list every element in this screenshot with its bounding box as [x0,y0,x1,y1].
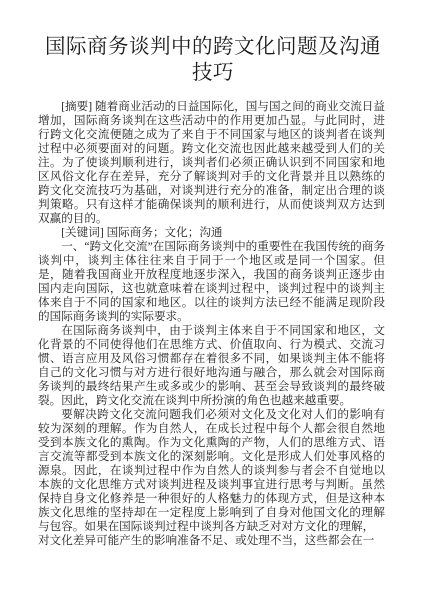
document-page: 国际商务谈判中的跨文化问题及沟通技巧 [摘要] 随着商业活动的日益国际化，国与国… [0,0,424,600]
document-body: [摘要] 随着商业活动的日益国际化，国与国之间的商业交流日益增加，国际商务谈判在… [38,100,385,548]
paragraph: [关键词] 国际商务；文化；沟通 [38,226,385,240]
paragraph: 一、“跨文化交流”在国际商务谈判中的重要性在我国传统的商务谈判中，谈判主体往往来… [38,240,385,324]
paragraph: 在国际商务谈判中，由于谈判主体来自于不同国家和地区，文化背景的不同使得他们在思维… [38,324,385,408]
paragraph: 对文化差异可能产生的影响准备不足、或处理不当，这些都会在一 [38,534,385,548]
paragraph: [摘要] 随着商业活动的日益国际化，国与国之间的商业交流日益增加，国际商务谈判在… [38,100,385,226]
paragraph: 要解决跨文化交流问题我们必须对文化及文化对人们的影响有较为深刻的理解。作为自然人… [38,408,385,534]
document-title: 国际商务谈判中的跨文化问题及沟通技巧 [38,34,388,86]
